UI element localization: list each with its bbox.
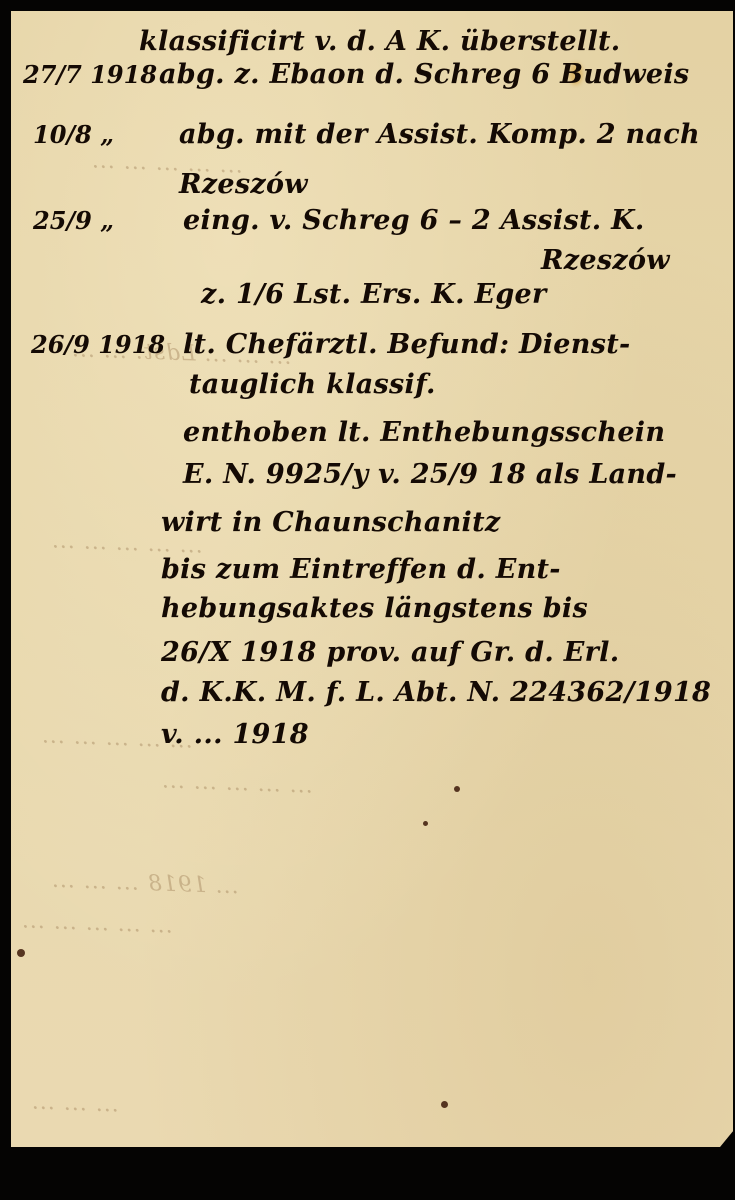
entry-text: tauglich klassif. <box>189 371 436 398</box>
entry-text: abg. mit der Assist. Komp. 2 nach <box>179 121 700 148</box>
entry-text: z. 1/6 Lst. Ers. K. Eger <box>201 281 547 308</box>
bleed-through-line: ... ... ... ... ... <box>21 908 174 938</box>
entry-text: bis zum Eintreffen d. Ent- <box>161 556 561 583</box>
entry-text: klassificirt v. d. A K. überstellt. <box>139 28 621 55</box>
ink-spot <box>423 821 428 826</box>
entry-text: abg. z. Ebaon d. Schreg 6 Budweis <box>159 61 689 88</box>
ink-spot <box>454 786 460 792</box>
ink-spot <box>17 949 25 957</box>
entry-text: lt. Chefärztl. Befund: Dienst- <box>183 331 631 358</box>
record-card: ... ... ... ... ... ... ... ... Ldst. ..… <box>11 11 733 1147</box>
entry-date: 27/7 1918 <box>23 63 157 87</box>
entry-text: Rzeszów <box>179 171 308 198</box>
entry-date: 25/9 „ <box>33 209 114 233</box>
entry-text: wirt in Chaunschanitz <box>161 509 501 536</box>
entry-text: enthoben lt. Enthebungsschein <box>183 419 665 446</box>
ink-spot <box>441 1101 448 1108</box>
entry-text: 26/X 1918 prov. auf Gr. d. Erl. <box>161 639 619 666</box>
bleed-through-line: ... ... ... <box>31 1089 120 1117</box>
entry-text: eing. v. Schreg 6 – 2 Assist. K. <box>183 207 645 234</box>
entry-text: Rzeszów <box>541 247 670 274</box>
entry-text: d. K.K. M. f. L. Abt. N. 224362/1918 <box>161 679 711 706</box>
entry-text: v. ... 1918 <box>161 721 309 748</box>
entry-date: 10/8 „ <box>33 123 114 147</box>
entry-text: E. N. 9925/y v. 25/9 18 als Land- <box>183 461 677 488</box>
entry-text: hebungsaktes längstens bis <box>161 595 588 622</box>
bleed-through-line: ... ... ... ... ... <box>161 768 314 798</box>
entry-date: 26/9 1918 <box>31 333 165 357</box>
bleed-through-line: ... 1918 ... ... ... <box>51 868 240 900</box>
